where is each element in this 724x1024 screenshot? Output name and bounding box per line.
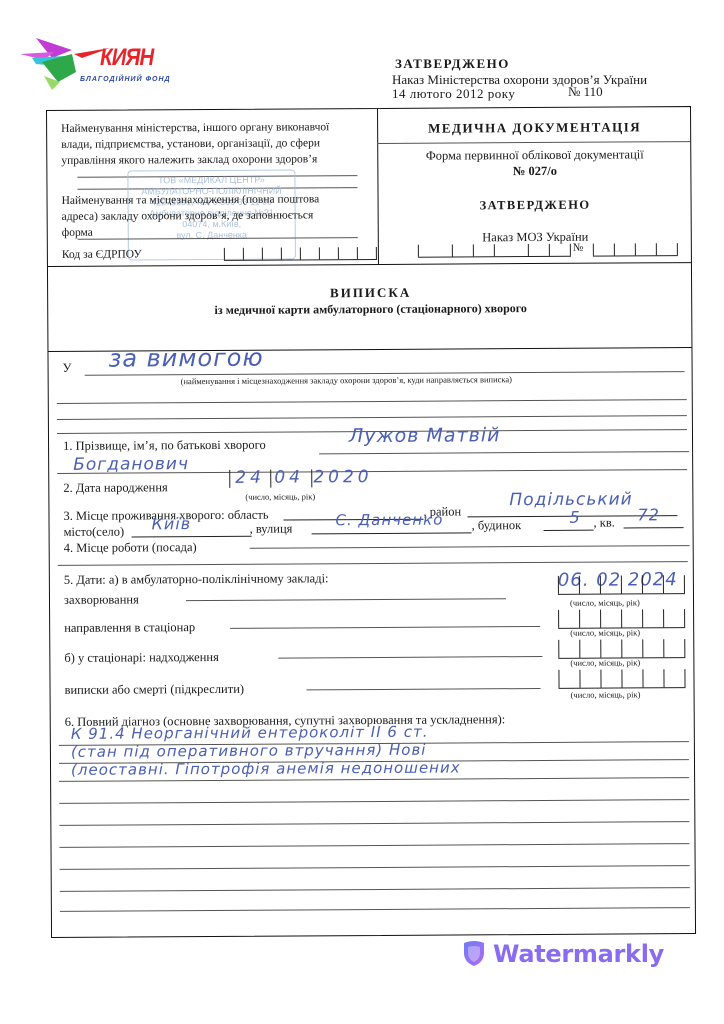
watermark-text: Watermarkly: [493, 940, 664, 968]
blank-line: [57, 399, 687, 404]
dates-heading: 5. Дати: а) в амбулаторно-поліклінічному…: [64, 571, 329, 588]
diagnosis-rule: [59, 799, 689, 804]
form-frame: Найменування міністерства, іншого органу…: [46, 106, 696, 938]
logo-emblem-icon: [14, 32, 114, 92]
discharge-hint: (число, місяць, рік): [571, 689, 641, 699]
house-line: [544, 530, 594, 531]
discharge-date-boxes[interactable]: [558, 669, 685, 689]
form-label: Форма первинної облікової документації: [377, 147, 692, 164]
diagnosis-rule: [60, 907, 690, 912]
admission-line: [278, 656, 542, 659]
header-bottom-border: [48, 262, 691, 267]
order-date-boxes[interactable]: [418, 244, 571, 258]
referral-hint: (число, місяць, рік): [570, 627, 640, 637]
ministry-label: Найменування міністерства, іншого органу…: [61, 119, 329, 169]
referral-label: направлення в стаціонар: [64, 620, 195, 636]
diagnosis-rule: [59, 821, 689, 826]
medical-documentation-title: МЕДИЧНА ДОКУМЕНТАЦІЯ: [377, 119, 692, 137]
edrpou-boxes[interactable]: [224, 247, 377, 261]
illness-label: захворювання: [64, 592, 139, 607]
approved-label: ЗАТВЕРДЖЕНО: [378, 197, 693, 214]
right-header-divider: [377, 141, 690, 144]
referral-line: [230, 626, 540, 629]
diagnosis-rule: [60, 865, 690, 870]
document-subtitle: із медичної карти амбулаторного (стаціон…: [48, 300, 693, 319]
recipient-label: У: [63, 361, 72, 376]
blank-line: [58, 561, 688, 566]
admission-label: б) у стаціонарі: надходження: [64, 650, 219, 666]
logo-name: КИЯН: [100, 44, 153, 72]
discharge-label: виписки або смерті (підкреслити): [64, 682, 244, 698]
referral-date-boxes[interactable]: [558, 609, 685, 629]
house-value: 5: [569, 508, 580, 527]
blank-line: [57, 415, 687, 420]
shield-icon: [461, 940, 487, 968]
street-label: , вулиця: [250, 522, 293, 537]
recipient-value: за вимогою: [108, 344, 263, 373]
illness-date-boxes[interactable]: [558, 575, 685, 595]
house-label: , будинок: [472, 518, 522, 533]
street-value: С. Данченко: [335, 511, 443, 530]
dob-value: 24 04 2020: [235, 467, 372, 488]
diagnosis-line-3: (леоставні. Гіпотрофія анемія недоношени…: [71, 758, 461, 778]
approval-number: № 110: [568, 84, 603, 100]
admission-date-boxes[interactable]: [558, 639, 685, 659]
apt-line: [624, 527, 684, 528]
city-line: [132, 536, 252, 538]
illness-hint: (число, місяць, рік): [570, 597, 640, 607]
illness-line: [186, 598, 506, 601]
edrpou-label: Код за ЄДРПОУ: [62, 248, 142, 260]
diagnosis-line-2: (стан під оперативного втручання) Нові: [71, 741, 427, 761]
dob-hint: (число, місяць, рік): [245, 491, 315, 501]
street-line: [312, 532, 472, 534]
name-line: [319, 451, 689, 454]
diagnosis-rule: [60, 887, 690, 892]
approval-date: 14 лютого 2012 року: [392, 86, 515, 102]
diagnosis-rule: [60, 843, 690, 848]
logo-subtitle: БЛАГОДІЙНИЙ ФОНД: [80, 76, 171, 83]
diagnosis-line-1: К 91.4 Неорганічний ентероколіт II 6 ст.: [71, 723, 429, 743]
form-number: № 027/о: [377, 163, 692, 180]
order-no-label: №: [573, 242, 584, 254]
patient-name-label: 1. Прізвище, ім’я, по батькові хворого: [63, 438, 266, 454]
patient-name-value: Лужов Матвій: [349, 424, 501, 447]
approval-title: ЗАТВЕРДЖЕНО: [395, 56, 510, 72]
recipient-hint: (найменування і місцезнаходження закладу…: [181, 374, 512, 386]
apt-value: 72: [637, 505, 659, 524]
work-label: 4. Місце роботи (посада): [64, 540, 197, 556]
apt-label: , кв.: [593, 516, 614, 531]
work-line[interactable]: [250, 545, 690, 549]
facility-label: Найменування та місцезнаходження (повна …: [62, 191, 320, 241]
discharge-line: [307, 688, 541, 690]
city-value: Київ: [151, 514, 191, 533]
watermark: Watermarkly: [461, 940, 664, 968]
dob-label: 2. Дата народження: [63, 480, 168, 496]
admission-hint: (число, місяць, рік): [570, 657, 640, 667]
city-label: місто(село): [64, 525, 125, 540]
order-number-boxes[interactable]: [593, 243, 678, 257]
